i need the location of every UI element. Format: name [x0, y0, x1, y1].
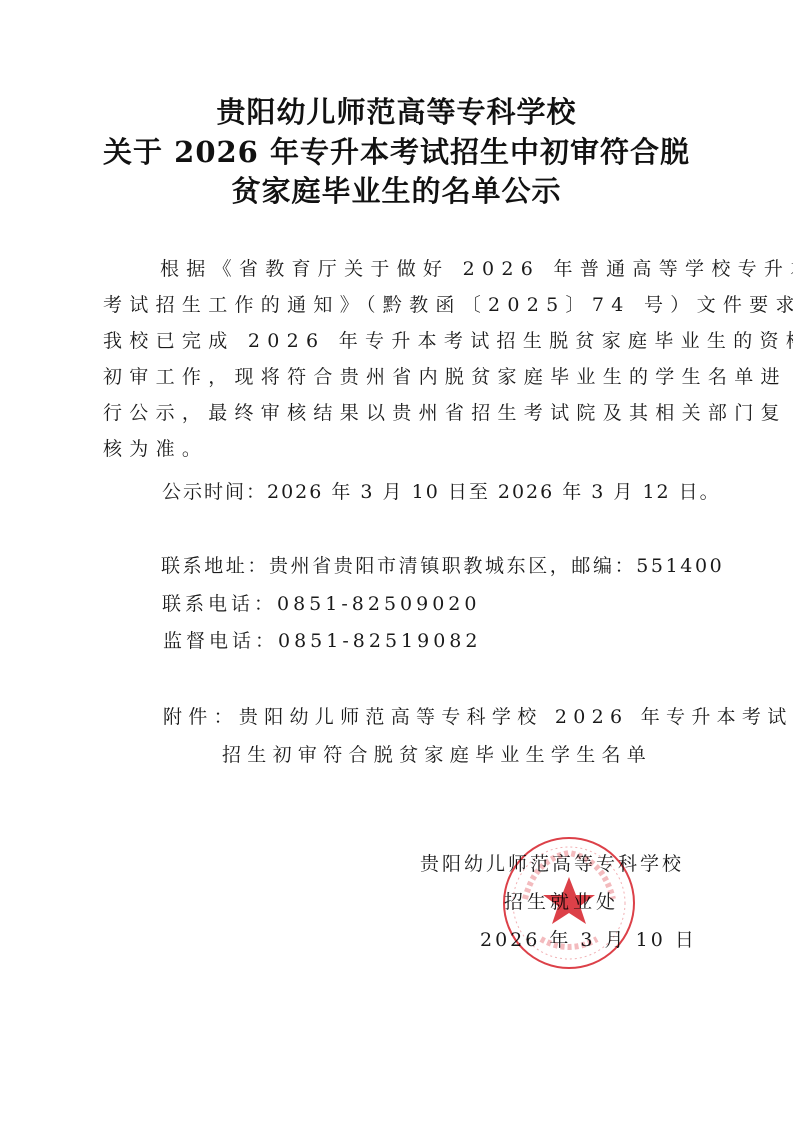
signature-school: 贵阳幼儿师范高等专科学校 — [420, 850, 684, 878]
body-paragraph-line: 行公示，最终审核结果以贵州省招生考试院及其相关部门复 — [103, 399, 787, 427]
body-paragraph-line: 根据《省教育厅关于做好 2026 年普通高等学校专升本 — [160, 255, 793, 283]
notice-period: 公示时间：2026 年 3 月 10 日至 2026 年 3 月 12 日。 — [162, 478, 721, 506]
document-page: 贵阳幼儿师范高等专科学校 关于 2026 年专升本考试招生中初审符合脱 贫家庭毕… — [0, 0, 793, 1122]
body-paragraph-line: 考试招生工作的通知》（黔教函〔2025〕74 号）文件要求， — [103, 291, 793, 319]
attachment-line-2: 招生初审符合脱贫家庭毕业生学生名单 — [222, 741, 652, 769]
body-paragraph-line: 核为准。 — [103, 435, 208, 463]
signature-date: 2026 年 3 月 10 日 — [480, 926, 697, 954]
attachment-line-1: 附件：贵阳幼儿师范高等专科学校 2026 年专升本考试 — [163, 703, 793, 731]
body-paragraph-line: 初审工作，现将符合贵州省内脱贫家庭毕业生的学生名单进 — [103, 363, 787, 391]
body-paragraph-line: 我校已完成 2026 年专升本考试招生脱贫家庭毕业生的资格 — [103, 327, 793, 355]
signature-office: 招生就业处 — [504, 888, 619, 916]
document-title-line-3: 贫家庭毕业生的名单公示 — [0, 172, 793, 210]
contact-phone: 联系电话：0851-82509020 — [162, 590, 480, 618]
document-title-line-1: 贵阳幼儿师范高等专科学校 — [0, 93, 793, 131]
supervision-phone: 监督电话：0851-82519082 — [163, 627, 481, 655]
contact-address: 联系地址：贵州省贵阳市清镇职教城东区，邮编：551400 — [161, 552, 724, 580]
document-title-line-2: 关于 2026 年专升本考试招生中初审符合脱 — [0, 133, 793, 171]
